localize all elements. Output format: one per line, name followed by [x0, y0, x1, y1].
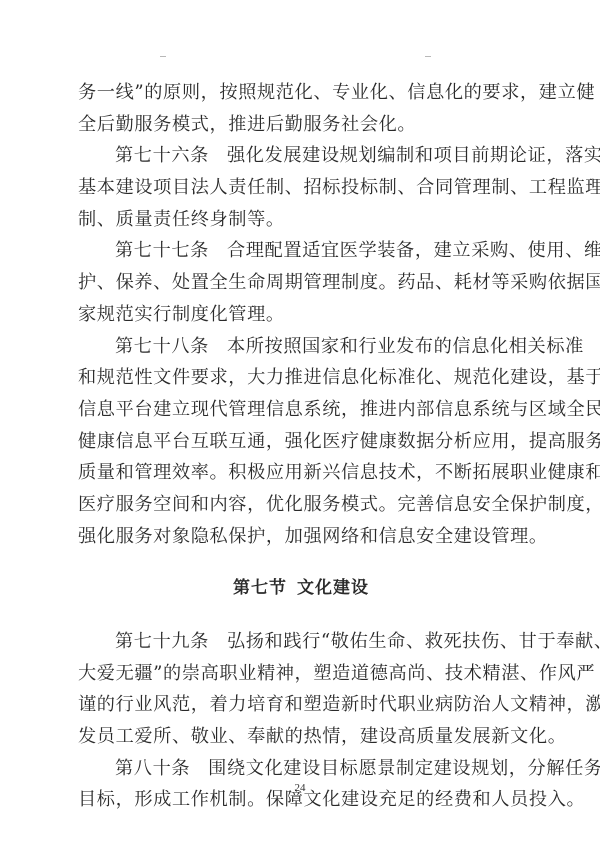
- article-77-line: 第七十七条合理配置适宜医学装备，建立采购、使用、维: [78, 235, 524, 267]
- article-78-line: 质量和管理效率。积极应用新兴信息技术，不断拓展职业健康和: [78, 457, 524, 489]
- article-number: 第七十七条: [115, 240, 209, 261]
- article-number: 第八十条: [115, 758, 190, 779]
- section-heading: 第七节文化建设: [78, 573, 524, 605]
- page-number: 24: [0, 782, 600, 794]
- document-page: 务一线”的原则，按照规范化、专业化、信息化的要求，建立健 全后勤服务模式，推进后…: [78, 77, 524, 816]
- article-76-line: 第七十六条强化发展建设规划编制和项目前期论证，落实: [78, 140, 524, 172]
- article-78-line: 强化服务对象隐私保护，加强网络和信息安全建设管理。: [78, 521, 524, 553]
- article-78-line: 第七十八条本所按照国家和行业发布的信息化相关标准: [78, 331, 524, 363]
- article-80-line: 第八十条围绕文化建设目标愿景制定建设规划，分解任务: [78, 753, 524, 785]
- article-78-line: 和规范性文件要求，大力推进信息化标准化、规范化建设，基于: [78, 362, 524, 394]
- scan-mark: [425, 56, 431, 57]
- article-number: 第七十八条: [115, 336, 209, 357]
- article-78-line: 医疗服务空间和内容，优化服务模式。完善信息安全保护制度，: [78, 489, 524, 521]
- section-number: 第七节: [233, 578, 287, 598]
- article-77-line: 护、保养、处置全生命周期管理制度。药品、耗材等采购依据国: [78, 267, 524, 299]
- article-79-line: 发员工爱所、敬业、奉献的热情，建设高质量发展新文化。: [78, 721, 524, 753]
- paragraph-line: 务一线”的原则，按照规范化、专业化、信息化的要求，建立健: [78, 77, 524, 109]
- section-title: 文化建设: [297, 578, 369, 598]
- article-number: 第七十九条: [115, 631, 209, 652]
- article-76-line: 制、质量责任终身制等。: [78, 204, 524, 236]
- article-76-line: 基本建设项目法人责任制、招标投标制、合同管理制、工程监理: [78, 172, 524, 204]
- article-79-line: 谨的行业风范，着力培育和塑造新时代职业病防治人文精神，激: [78, 689, 524, 721]
- paragraph-line: 全后勤服务模式，推进后勤服务社会化。: [78, 109, 524, 141]
- article-78-line: 健康信息平台互联互通，强化医疗健康数据分析应用，提高服务: [78, 426, 524, 458]
- article-78-line: 信息平台建立现代管理信息系统，推进内部信息系统与区域全民: [78, 394, 524, 426]
- article-79-line: 第七十九条弘扬和践行“敬佑生命、救死扶伤、甘于奉献、: [78, 626, 524, 658]
- article-79-line: 大爱无疆”的崇高职业精神，塑造道德高尚、技术精湛、作风严: [78, 658, 524, 690]
- scan-mark: [160, 56, 166, 57]
- article-number: 第七十六条: [115, 145, 209, 166]
- article-77-line: 家规范实行制度化管理。: [78, 299, 524, 331]
